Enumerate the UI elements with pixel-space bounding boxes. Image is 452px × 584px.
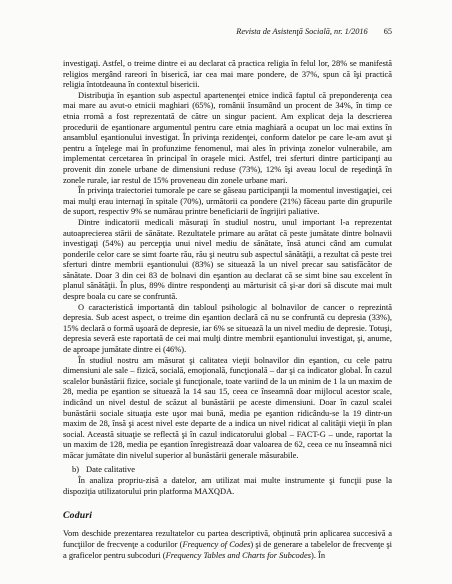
- paragraph-health-self-assessment: Dintre indicatorii medicali măsuraţi în …: [63, 217, 392, 302]
- page-body: investigaţi. Astfel, o treime dintre ei …: [63, 58, 392, 560]
- running-header: Revista de Asistenţă Socială, nr. 1/2016…: [63, 27, 392, 37]
- paragraph-tumor-trajectory: În privinţa traiectoriei tumorale pe car…: [63, 185, 392, 217]
- list-item-marker: b): [72, 464, 79, 474]
- paragraph-maxqda: În analiza propriu-zisă a datelor, am ut…: [63, 475, 392, 496]
- final-paragraph-italic-frequency-tables: Frequency Tables and Charts for Subcodes: [166, 550, 311, 560]
- journal-page: Revista de Asistenţă Socială, nr. 1/2016…: [0, 0, 452, 584]
- list-item-label: Date calitative: [86, 464, 135, 474]
- page-number: 65: [384, 27, 392, 37]
- final-paragraph-italic-frequency-of-codes: Frequency of Codes: [182, 539, 250, 549]
- paragraph-ethnic-distribution: Distribuţia în eşantion sub aspectul apa…: [63, 90, 392, 185]
- journal-title: Revista de Asistenţă Socială, nr. 1/2016: [236, 27, 367, 37]
- final-paragraph-text-3: ). În: [311, 550, 325, 560]
- paragraph-religious-practice: investigaţi. Astfel, o treime dintre ei …: [63, 58, 392, 90]
- paragraph-quality-of-life: În studiul nostru am măsurat şi calitate…: [63, 355, 392, 461]
- paragraph-results-opening: Vom deschide prezentarea rezultatelor cu…: [63, 528, 392, 560]
- paragraph-depression: O caracteristică importantă din tabloul …: [63, 302, 392, 355]
- section-heading-coduri: Coduri: [63, 510, 392, 521]
- list-item-qualitative-data: b)Date calitative: [72, 464, 392, 475]
